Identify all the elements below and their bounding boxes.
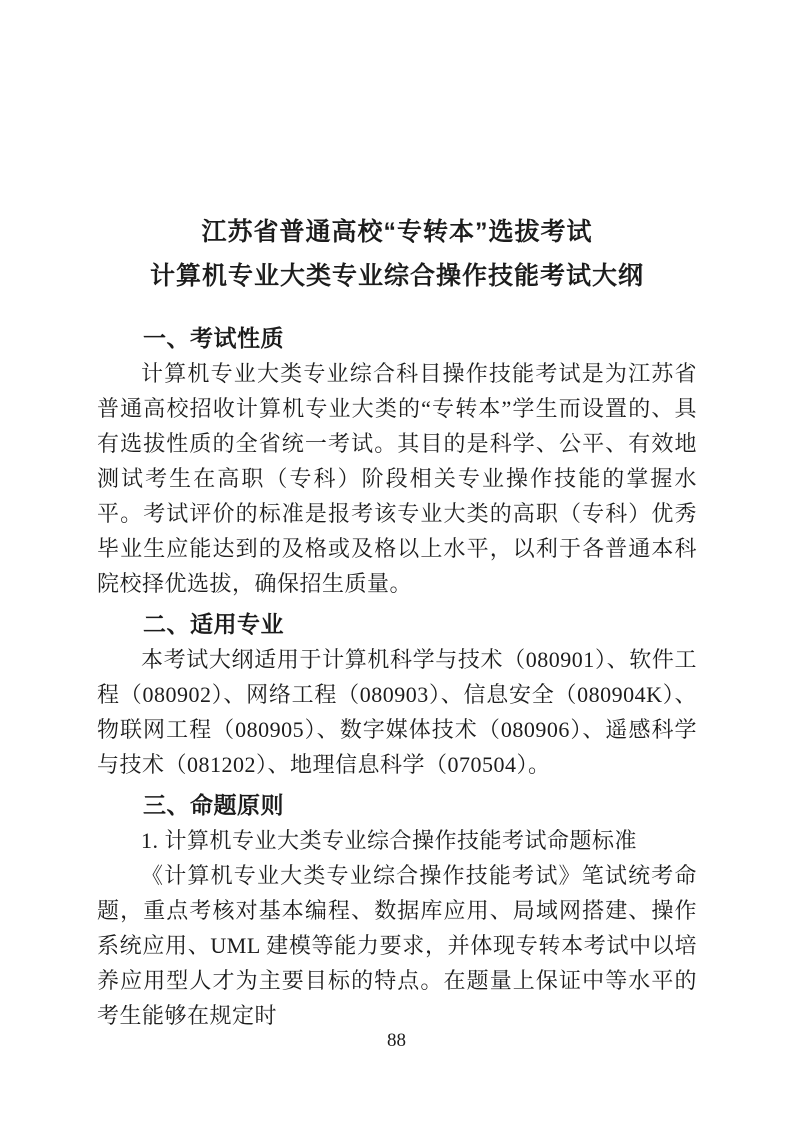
page-number: 88: [0, 1030, 793, 1052]
section-heading-applicable-majors: 二、适用专业: [97, 607, 697, 642]
section-heading-proposition-principles: 三、命题原则: [97, 788, 697, 823]
paragraph-exam-nature: 计算机专业大类专业综合科目操作技能考试是为江苏省普通高校招收计算机专业大类的“专…: [97, 356, 697, 601]
document-content: 江苏省普通高校“专转本”选拔考试 计算机专业大类专业综合操作技能考试大纲 一、考…: [97, 210, 697, 1033]
title-line-2: 计算机专业大类专业综合操作技能考试大纲: [97, 254, 697, 298]
paragraph-proposition-standard-item: 1. 计算机专业大类专业综合操作技能考试命题标准: [97, 823, 697, 858]
document-title: 江苏省普通高校“专转本”选拔考试 计算机专业大类专业综合操作技能考试大纲: [97, 210, 697, 298]
document-page: 江苏省普通高校“专转本”选拔考试 计算机专业大类专业综合操作技能考试大纲 一、考…: [0, 0, 793, 1122]
paragraph-applicable-majors: 本考试大纲适用于计算机科学与技术（080901）、软件工程（080902）、网络…: [97, 642, 697, 782]
title-line-1: 江苏省普通高校“专转本”选拔考试: [97, 210, 697, 254]
section-heading-exam-nature: 一、考试性质: [97, 321, 697, 356]
paragraph-proposition-detail: 《计算机专业大类专业综合操作技能考试》笔试统考命题，重点考核对基本编程、数据库应…: [97, 858, 697, 1033]
